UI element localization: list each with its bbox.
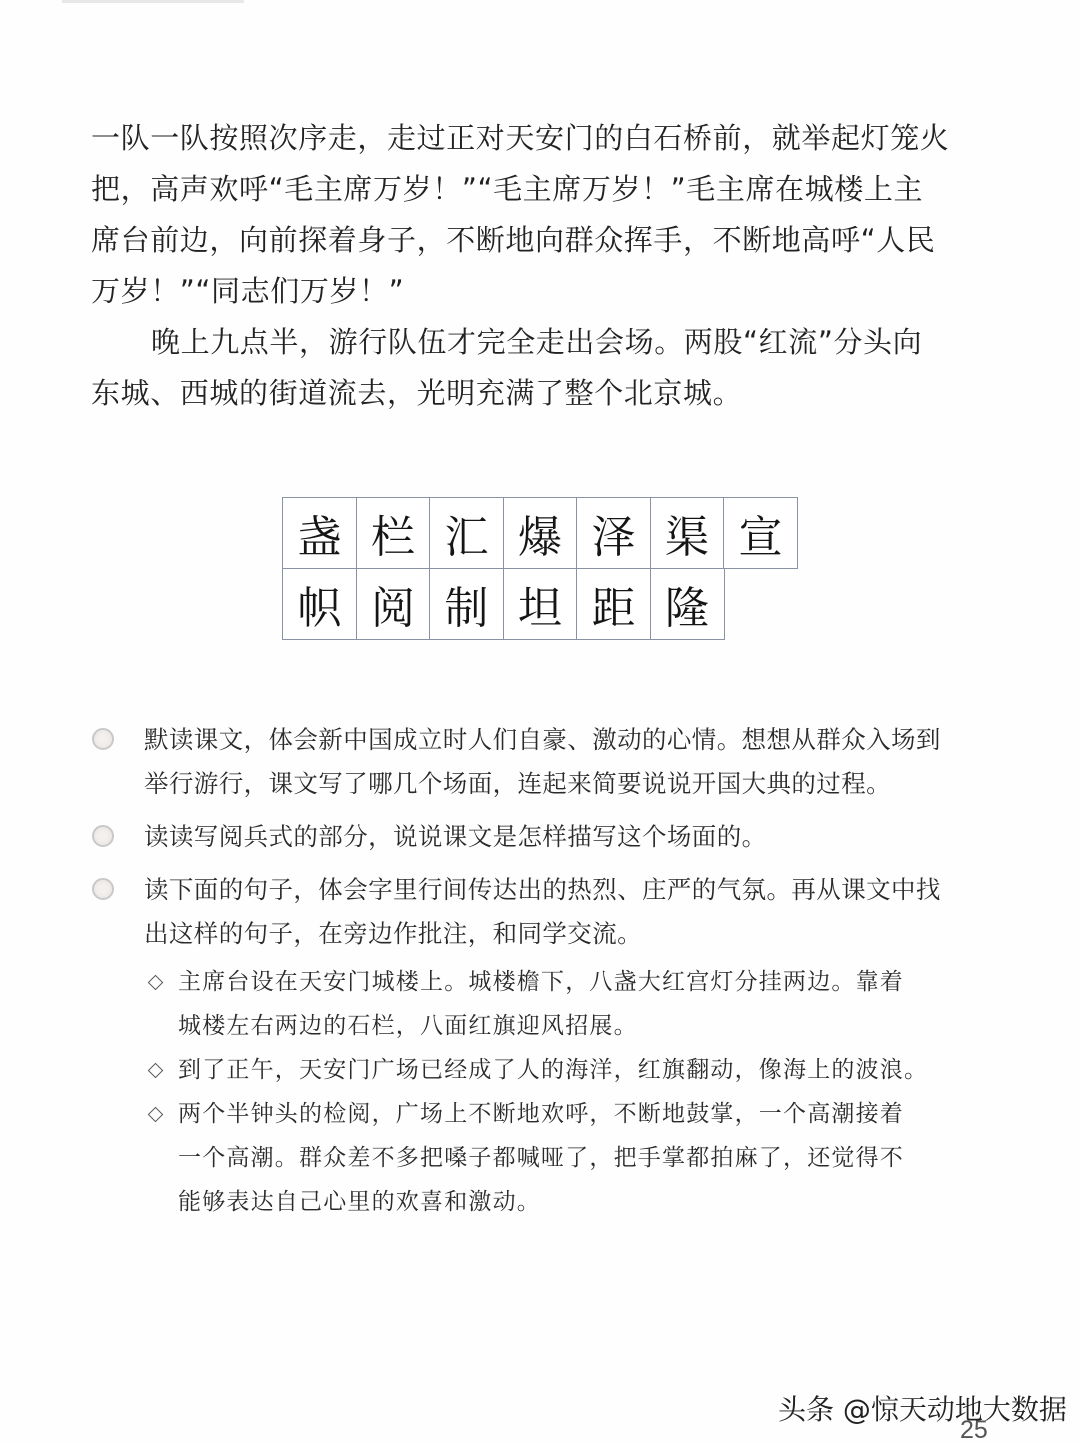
text-line: 一个高潮。群众差不多把嗓子都喊哑了，把手掌都拍麻了，还觉得不	[178, 1136, 1020, 1180]
exercise-item-3: 读下面的句子，体会字里行间传达出的热烈、庄严的气氛。再从课文中找 出这样的句子，…	[90, 868, 1020, 956]
character-cell: 盏	[282, 497, 357, 569]
source-watermark: 头条 @惊天动地大数据	[778, 1388, 1067, 1428]
text-line: 城楼左右两边的石栏，八面红旗迎风招展。	[178, 1004, 1020, 1048]
character-cell: 阅	[356, 568, 431, 640]
text-line: 席台前边，向前探着身子，不断地向群众挥手，不断地高呼“人民	[91, 215, 1001, 266]
text-line: 晚上九点半，游行队伍才完全走出会场。两股“红流”分头向	[91, 317, 1001, 368]
lesson-text: 一队一队按照次序走，走过正对天安门的白石桥前，就举起灯笼火 把，高声欢呼“毛主席…	[91, 113, 1001, 419]
text-line: 一队一队按照次序走，走过正对天安门的白石桥前，就举起灯笼火	[91, 113, 1001, 164]
exercise-item-2: 读读写阅兵式的部分，说说课文是怎样描写这个场面的。	[90, 815, 1020, 859]
paragraph-1: 一队一队按照次序走，走过正对天安门的白石桥前，就举起灯笼火 把，高声欢呼“毛主席…	[91, 113, 1001, 317]
text-line: 主席台设在天安门城楼上。城楼檐下，八盏大红宫灯分挂两边。靠着	[178, 960, 1020, 1004]
circle-bullet-icon	[92, 728, 114, 750]
text-line: 万岁！”“同志们万岁！”	[91, 266, 1001, 317]
top-edge-shadow	[62, 0, 244, 3]
diamond-bullet-icon	[148, 1063, 164, 1079]
text-line: 东城、西城的街道流去，光明充满了整个北京城。	[91, 368, 1001, 419]
diamond-bullet-icon	[148, 975, 164, 991]
character-cell: 隆	[650, 568, 725, 640]
character-cell: 泽	[576, 497, 651, 569]
example-sentence-2: 到了正午，天安门广场已经成了人的海洋，红旗翻动，像海上的波浪。	[148, 1048, 1020, 1092]
exercise-item-1: 默读课文，体会新中国成立时人们自豪、激动的心情。想想从群众入场到 举行游行，课文…	[90, 718, 1020, 806]
grid-row-2: 帜 阅 制 坦 距 隆	[282, 568, 797, 639]
circle-bullet-icon	[92, 878, 114, 900]
example-sentence-1: 主席台设在天安门城楼上。城楼檐下，八盏大红宫灯分挂两边。靠着 城楼左右两边的石栏…	[148, 960, 1020, 1048]
text-line: 读下面的句子，体会字里行间传达出的热烈、庄严的气氛。再从课文中找	[144, 868, 1020, 912]
subitem-list: 主席台设在天安门城楼上。城楼檐下，八盏大红宫灯分挂两边。靠着 城楼左右两边的石栏…	[90, 960, 1020, 1224]
text-line: 默读课文，体会新中国成立时人们自豪、激动的心情。想想从群众入场到	[144, 718, 1020, 762]
text-line: 出这样的句子，在旁边作批注，和同学交流。	[144, 912, 1020, 956]
character-cell: 爆	[503, 497, 578, 569]
text-line: 读读写阅兵式的部分，说说课文是怎样描写这个场面的。	[144, 815, 1020, 859]
diamond-bullet-icon	[148, 1107, 164, 1123]
text-line: 把，高声欢呼“毛主席万岁！”“毛主席万岁！”毛主席在城楼上主	[91, 164, 1001, 215]
text-line: 举行游行，课文写了哪几个场面，连起来简要说说开国大典的过程。	[144, 762, 1020, 806]
example-sentence-3: 两个半钟头的检阅，广场上不断地欢呼，不断地鼓掌，一个高潮接着 一个高潮。群众差不…	[148, 1092, 1020, 1224]
character-cell: 帜	[282, 568, 357, 640]
grid-row-1: 盏 栏 汇 爆 泽 渠 宣	[282, 497, 797, 568]
character-cell: 栏	[356, 497, 431, 569]
character-cell: 汇	[429, 497, 504, 569]
paragraph-2: 晚上九点半，游行队伍才完全走出会场。两股“红流”分头向 东城、西城的街道流去，光…	[91, 317, 1001, 419]
example-sentences: 主席台设在天安门城楼上。城楼檐下，八盏大红宫灯分挂两边。靠着 城楼左右两边的石栏…	[90, 962, 1020, 1224]
circle-bullet-icon	[92, 825, 114, 847]
page-number: 25	[960, 1416, 988, 1443]
exercise-list: 默读课文，体会新中国成立时人们自豪、激动的心情。想想从群众入场到 举行游行，课文…	[90, 718, 1020, 965]
character-cell: 距	[576, 568, 651, 640]
character-cell: 宣	[723, 497, 798, 569]
character-cell: 渠	[650, 497, 725, 569]
character-cell: 制	[429, 568, 504, 640]
text-line: 两个半钟头的检阅，广场上不断地欢呼，不断地鼓掌，一个高潮接着	[178, 1092, 1020, 1136]
text-line: 到了正午，天安门广场已经成了人的海洋，红旗翻动，像海上的波浪。	[178, 1048, 1020, 1092]
vocabulary-character-grid: 盏 栏 汇 爆 泽 渠 宣 帜 阅 制 坦 距 隆	[282, 497, 797, 638]
text-line: 能够表达自己心里的欢喜和激动。	[178, 1180, 1020, 1224]
character-cell: 坦	[503, 568, 578, 640]
